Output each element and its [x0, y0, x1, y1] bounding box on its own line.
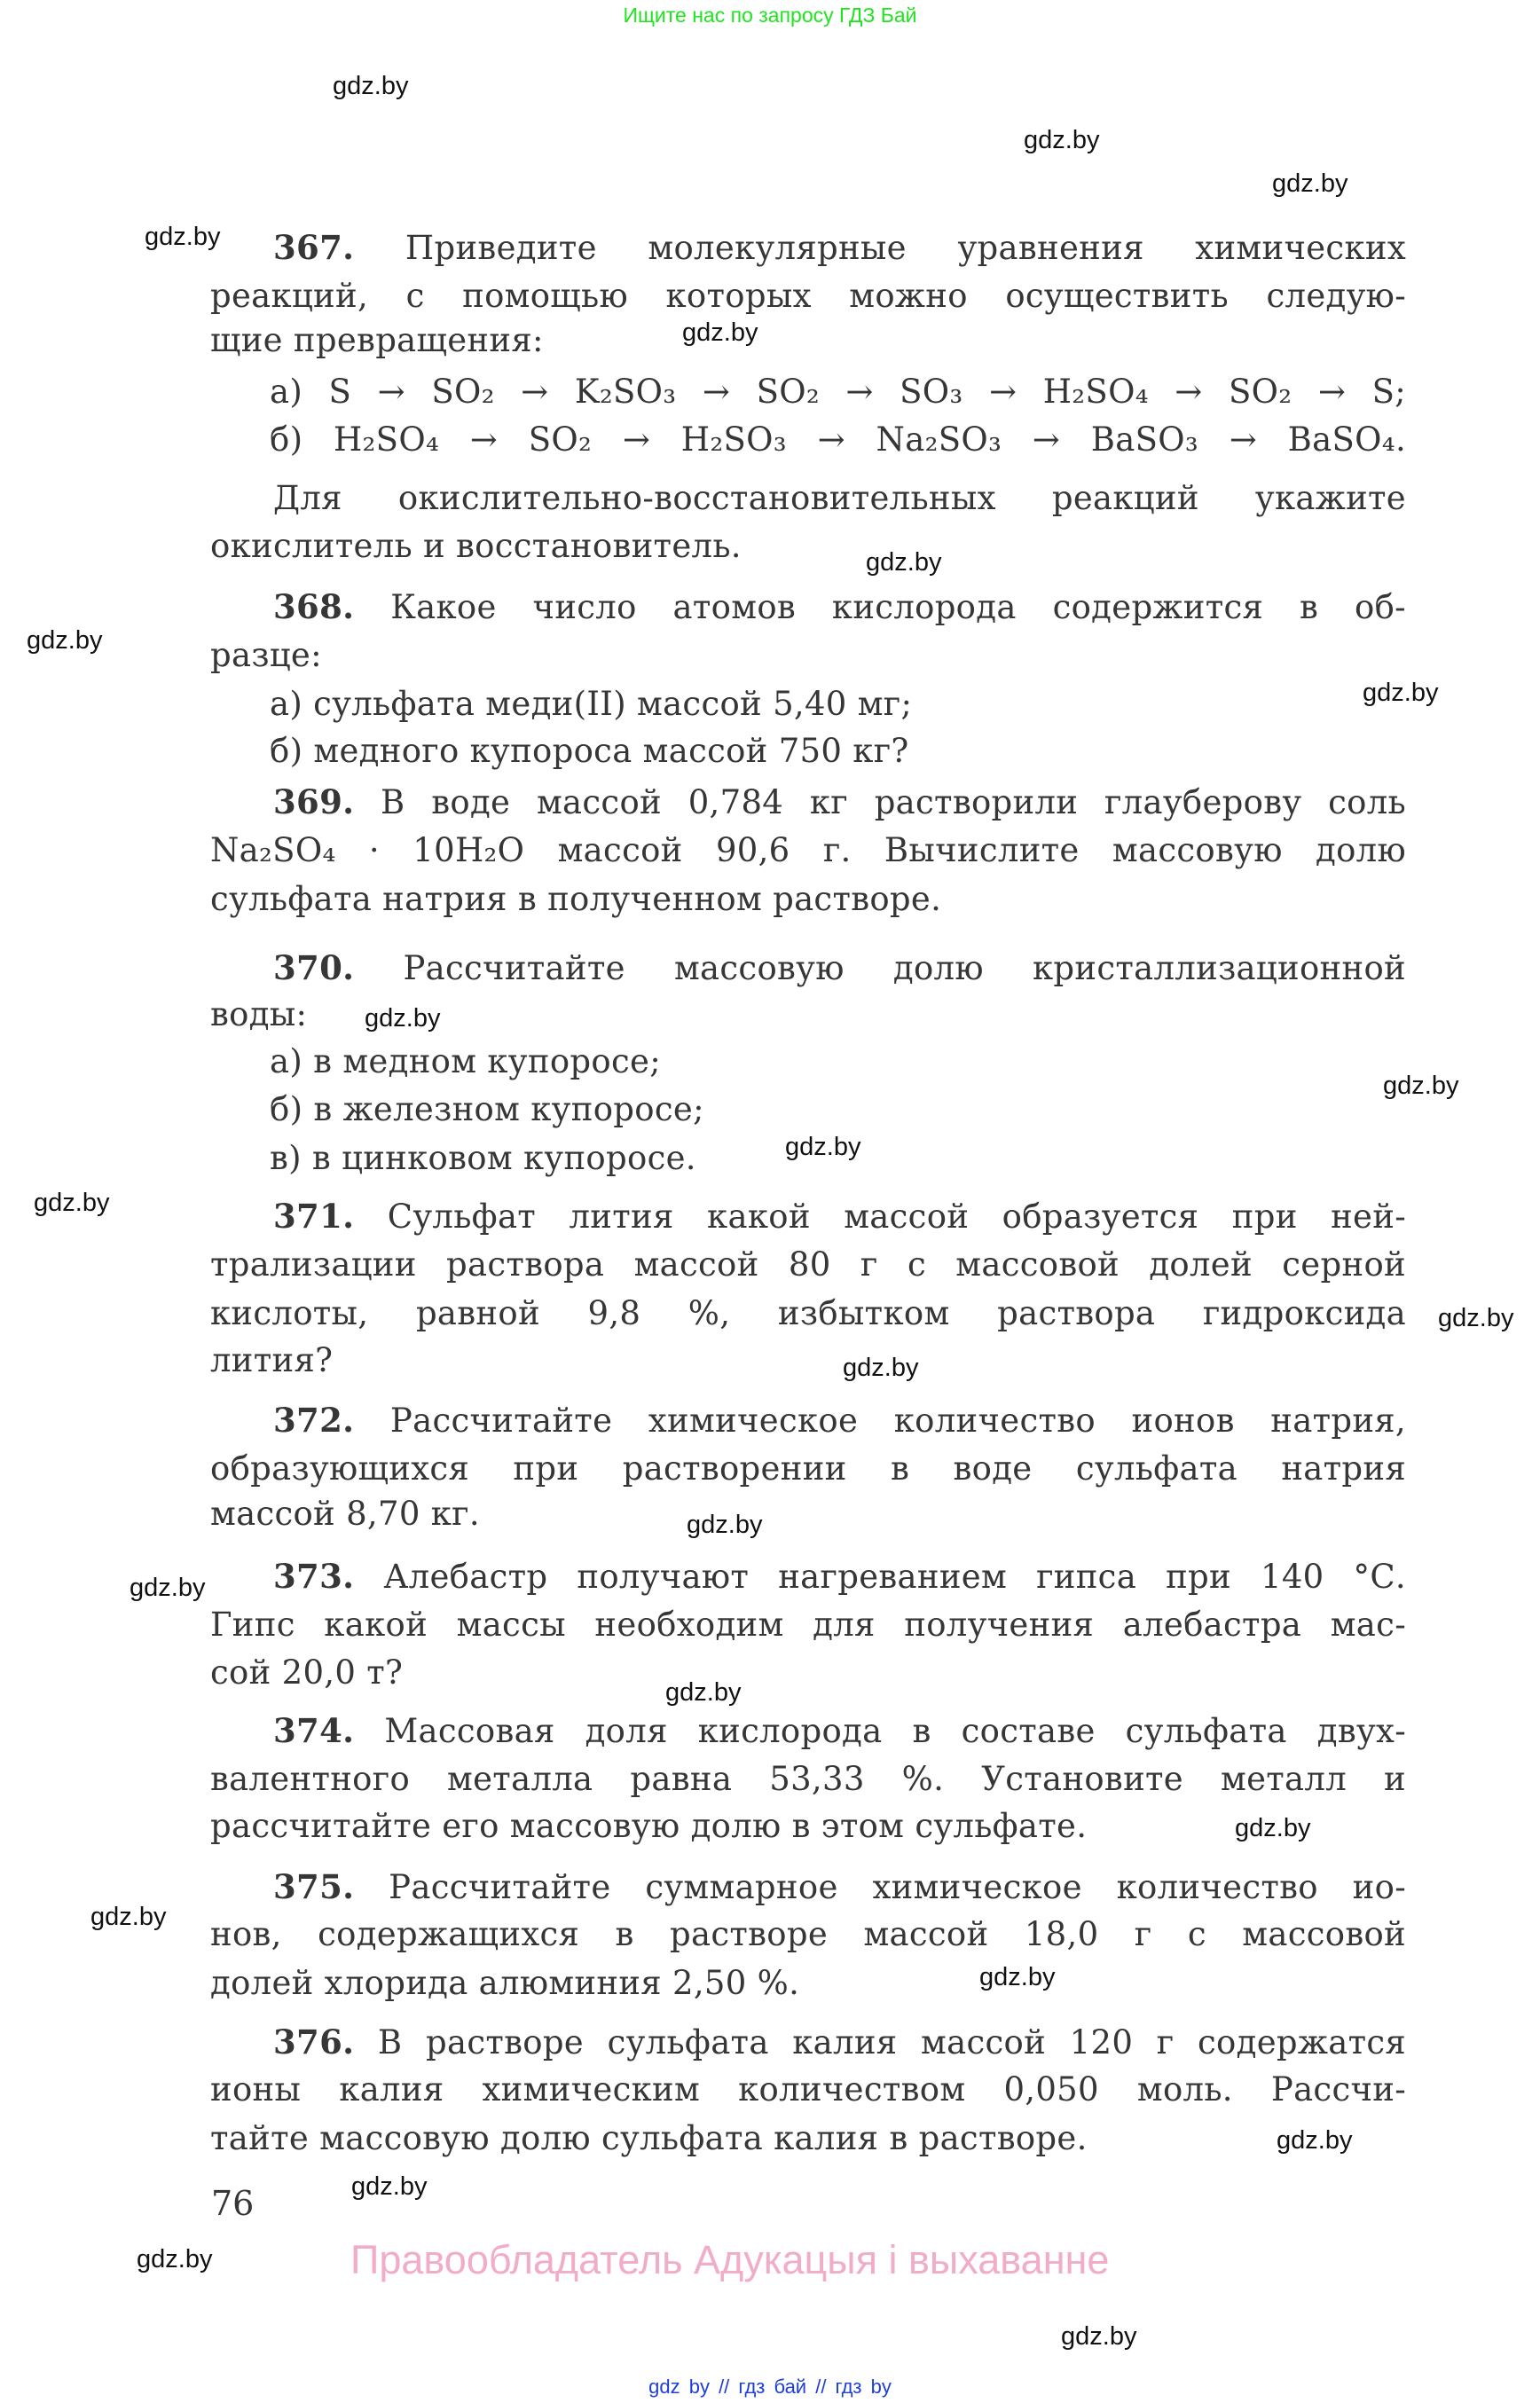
- problem-372-line-3: массой 8,70 кг.: [210, 1490, 1406, 1538]
- watermark: gdz.by: [1438, 1306, 1513, 1331]
- watermark: gdz.by: [1277, 2128, 1352, 2154]
- problem-367-note-2: окислитель и восстановитель.: [210, 522, 1406, 570]
- watermark: gdz.by: [145, 224, 220, 250]
- problem-367-note-1: Для окислительно-восстановительных реакц…: [273, 475, 1406, 522]
- problem-367-line-3: щие превращения:: [210, 317, 1406, 365]
- problem-368-item-a: а) сульфата меди(II) массой 5,40 мг;: [270, 680, 1406, 728]
- watermark: gdz.by: [137, 2247, 212, 2273]
- watermark: gdz.by: [843, 1355, 918, 1381]
- problem-368-line-1: 368. Какое число атомов кислорода содерж…: [273, 583, 1406, 631]
- watermark: gdz.by: [365, 1006, 440, 1032]
- watermark: gdz.by: [1061, 2324, 1136, 2350]
- problem-number: 367.: [273, 228, 354, 267]
- problem-374-line-3: рассчитайте его массовую долю в этом сул…: [210, 1802, 1406, 1850]
- watermark: gdz.by: [687, 1512, 762, 1538]
- watermark: gdz.by: [1024, 128, 1099, 153]
- problem-number: 371.: [273, 1197, 354, 1236]
- problem-376-line-3: тайте массовую долю сульфата калия в рас…: [210, 2115, 1406, 2163]
- problem-371-line-4: лития?: [210, 1337, 1406, 1385]
- problem-number: 372.: [273, 1401, 354, 1440]
- watermark: gdz.by: [90, 1904, 166, 1930]
- watermark: gdz.by: [1383, 1073, 1458, 1099]
- problem-376-line-1: 376. В растворе сульфата калия массой 12…: [273, 2018, 1406, 2066]
- problem-number: 374.: [273, 1711, 354, 1750]
- search-banner: Ищите нас по запросу ГДЗ Бай: [0, 4, 1540, 27]
- problem-367-item-a: а) S → SO₂ → K₂SO₃ → SO₂ → SO₃ → H₂SO₄ →…: [270, 368, 1406, 416]
- problem-373-line-2: Гипс какой массы необходим для получения…: [210, 1601, 1406, 1649]
- problem-number: 376.: [273, 2022, 354, 2061]
- watermark: gdz.by: [665, 1680, 741, 1706]
- problem-number: 369.: [273, 782, 354, 821]
- watermark: gdz.by: [351, 2174, 427, 2200]
- problem-number: 370.: [273, 948, 354, 987]
- problem-372-line-1: 372. Рассчитайте химическое количество и…: [273, 1396, 1406, 1444]
- problem-369-line-2: Na₂SO₄ · 10H₂O массой 90,6 г. Вычислите …: [210, 827, 1406, 875]
- watermark: gdz.by: [27, 628, 102, 654]
- footer-links[interactable]: gdz by // гдз бай // гдз by: [0, 2376, 1540, 2399]
- problem-370-item-b: б) в железном купоросе;: [270, 1086, 1406, 1134]
- textbook-page: Ищите нас по запросу ГДЗ Бай 367. Привед…: [0, 0, 1540, 2403]
- problem-370-item-a: а) в медном купоросе;: [270, 1038, 1406, 1086]
- problem-368-line-2: разце:: [210, 632, 1406, 679]
- problem-375-line-3: долей хлорида алюминия 2,50 %.: [210, 1959, 1406, 2007]
- watermark: gdz.by: [1235, 1816, 1310, 1842]
- problem-373-line-1: 373. Алебастр получают нагреванием гипса…: [273, 1552, 1406, 1600]
- watermark: gdz.by: [785, 1135, 860, 1160]
- watermark: gdz.by: [130, 1575, 205, 1601]
- problem-370-line-1: 370. Рассчитайте массовую долю кристалли…: [273, 944, 1406, 992]
- problem-369-line-1: 369. В воде массой 0,784 кг растворили г…: [273, 778, 1406, 826]
- problem-374-line-2: валентного металла равна 53,33 %. Устано…: [210, 1755, 1406, 1803]
- problem-369-line-3: сульфата натрия в полученном растворе.: [210, 876, 1406, 923]
- problem-374-line-1: 374. Массовая доля кислорода в составе с…: [273, 1707, 1406, 1755]
- problem-number: 368.: [273, 587, 354, 626]
- watermark: gdz.by: [1363, 680, 1438, 706]
- problem-373-line-3: сой 20,0 т?: [210, 1649, 1406, 1697]
- problem-367-line-2: реакций, с помощью которых можно осущест…: [210, 272, 1406, 320]
- problem-368-item-b: б) медного купороса массой 750 кг?: [270, 727, 1406, 775]
- problem-375-line-1: 375. Рассчитайте суммарное химическое ко…: [273, 1863, 1406, 1911]
- problem-371-line-2: трализации раствора массой 80 г с массов…: [210, 1241, 1406, 1289]
- problem-372-line-2: образующихся при растворении в воде суль…: [210, 1445, 1406, 1493]
- page-number: 76: [211, 2184, 254, 2223]
- watermark: gdz.by: [979, 1965, 1055, 1991]
- problem-367-line-1: 367. Приведите молекулярные уравнения хи…: [273, 224, 1406, 271]
- copyright-notice: Правообладатель Адукацыя і выхаванне: [350, 2237, 1109, 2283]
- problem-371-line-3: кислоты, равной 9,8 %, избытком раствора…: [210, 1290, 1406, 1338]
- watermark: gdz.by: [1272, 171, 1347, 197]
- watermark: gdz.by: [333, 74, 408, 99]
- problem-number: 375.: [273, 1867, 354, 1906]
- watermark: gdz.by: [682, 320, 758, 346]
- watermark: gdz.by: [866, 550, 941, 576]
- problem-number: 373.: [273, 1557, 354, 1596]
- problem-367-item-b: б) H₂SO₄ → SO₂ → H₂SO₃ → Na₂SO₃ → BaSO₃ …: [270, 416, 1406, 464]
- watermark: gdz.by: [34, 1190, 109, 1216]
- problem-375-line-2: нов, содержащихся в растворе массой 18,0…: [210, 1911, 1406, 1959]
- problem-376-line-2: ионы калия химическим количеством 0,050 …: [210, 2066, 1406, 2114]
- problem-371-line-1: 371. Сульфат лития какой массой образует…: [273, 1192, 1406, 1240]
